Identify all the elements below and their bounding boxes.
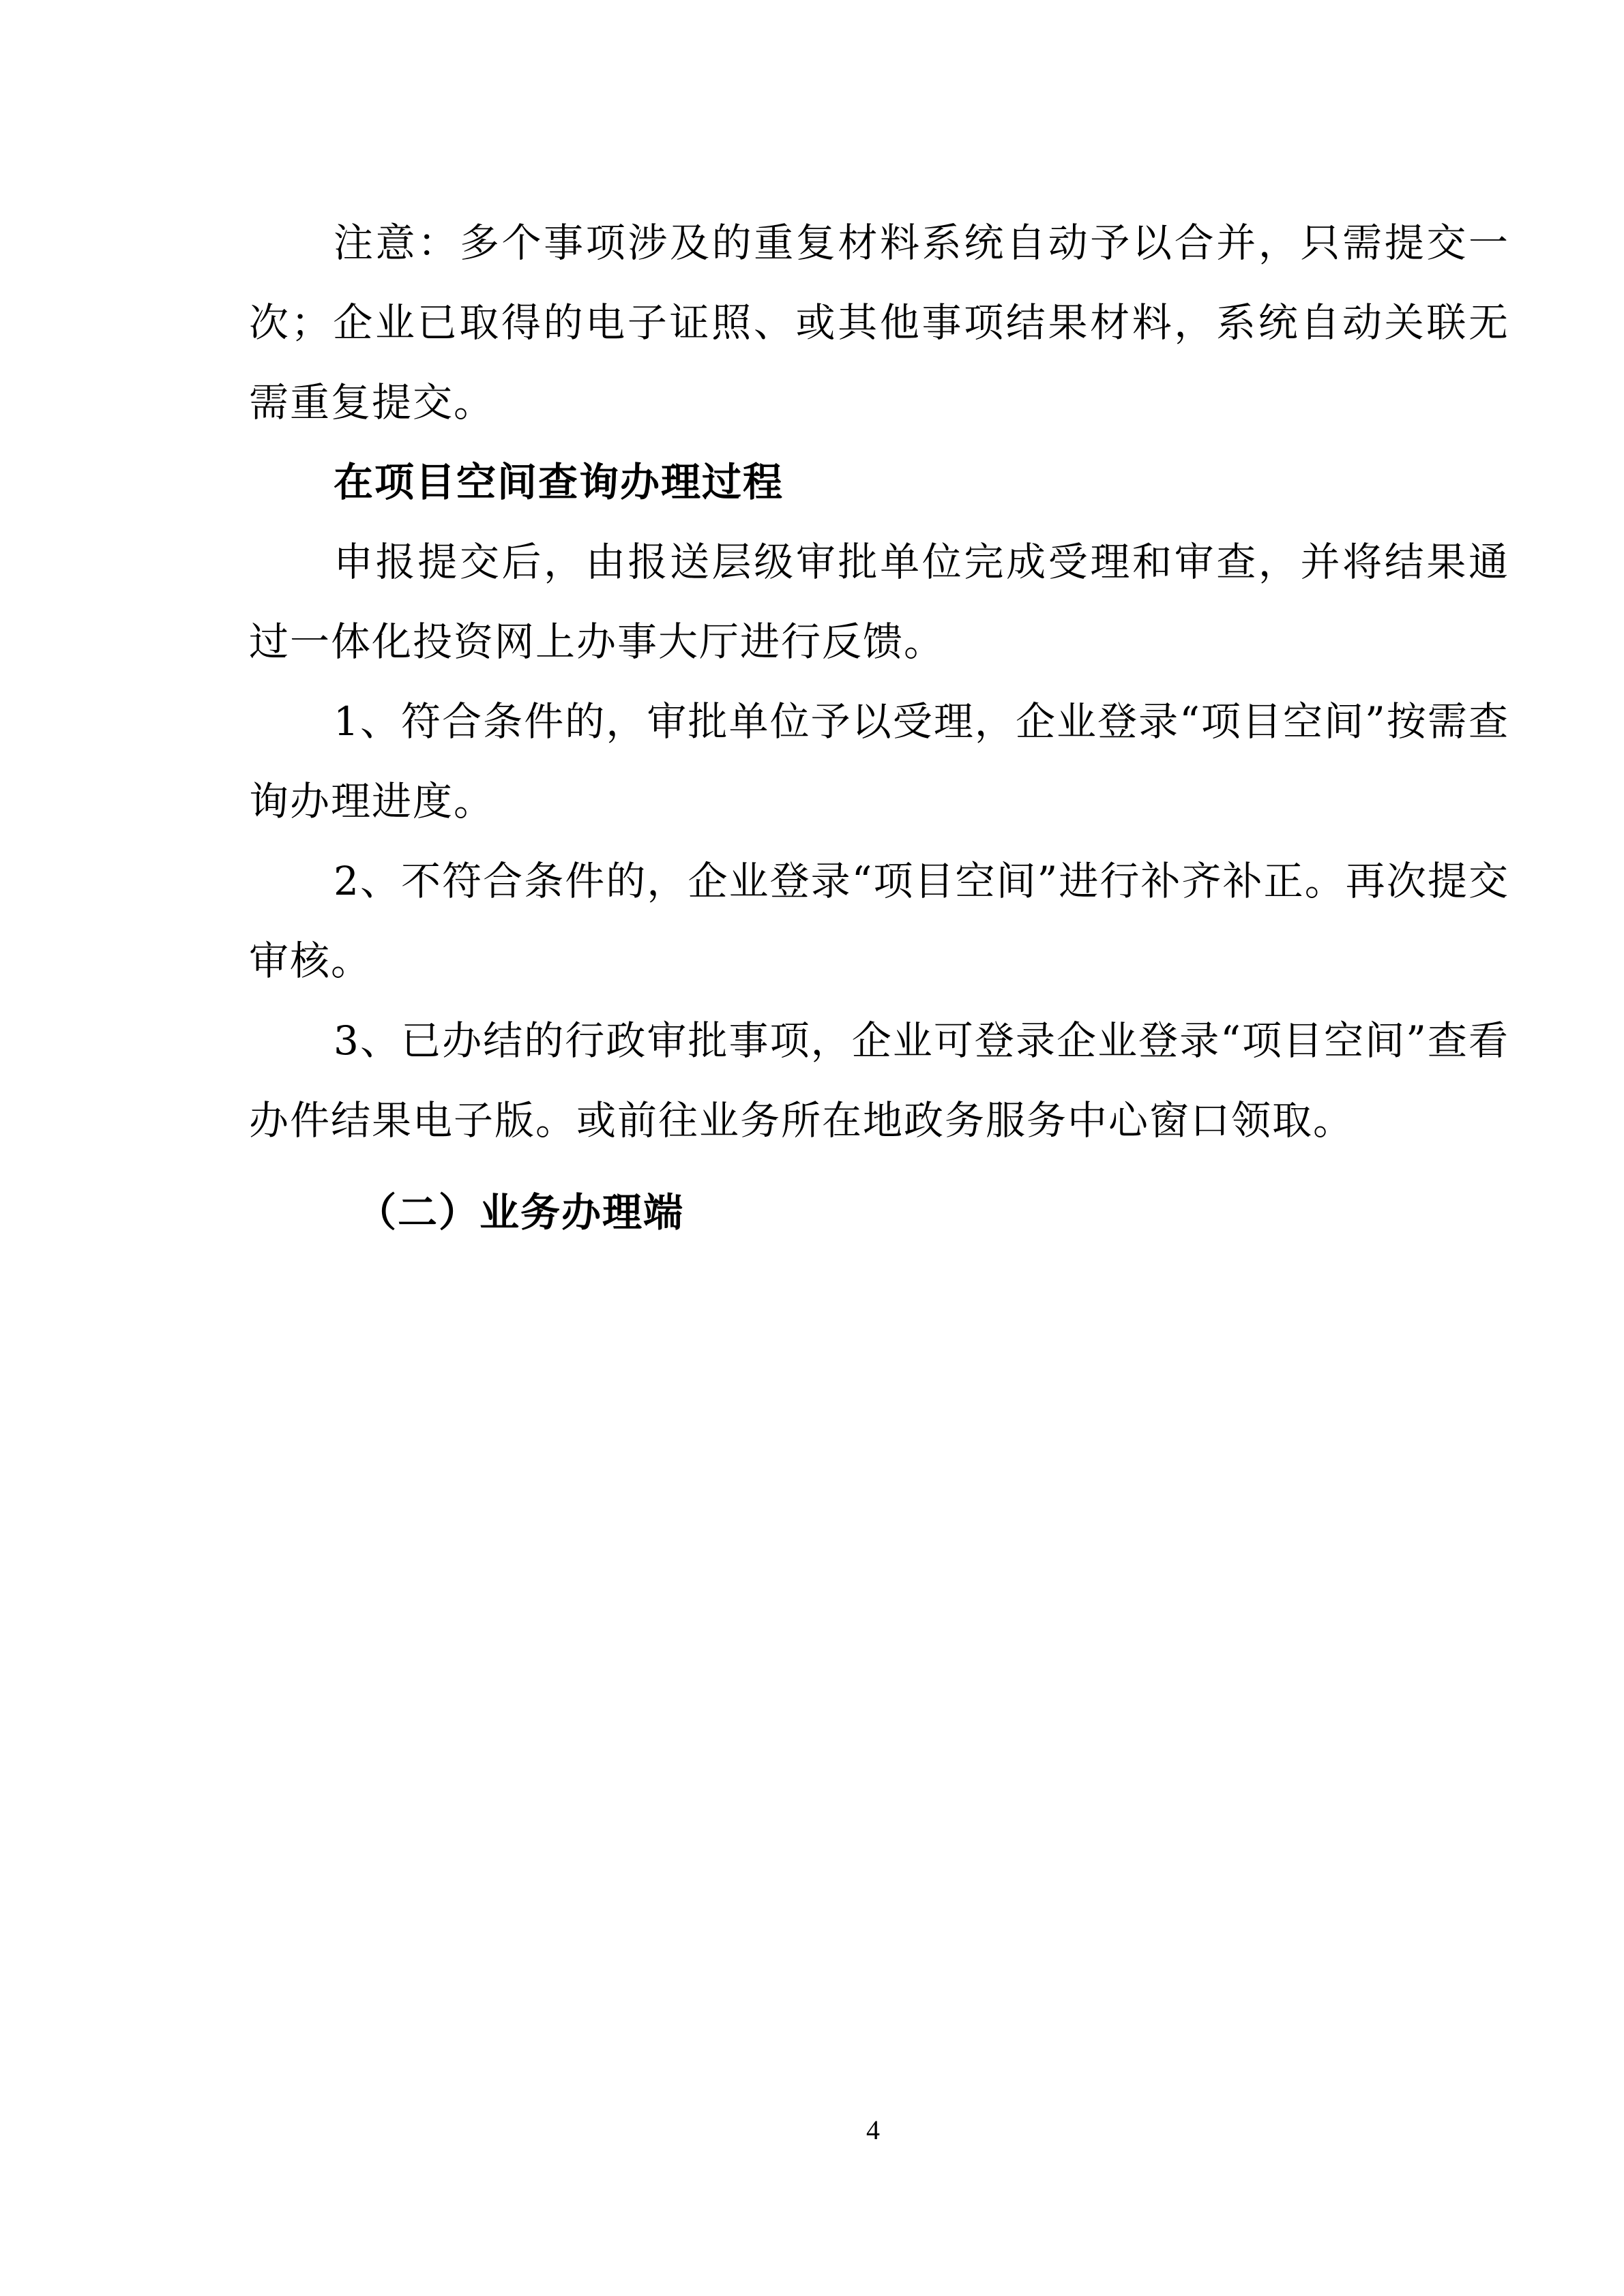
item-3-paragraph: 3、已办结的行政审批事项，企业可登录企业登录“项目空间”查看办件结果电子版。或前… xyxy=(249,1001,1509,1161)
page-content: 注意：多个事项涉及的重复材料系统自动予以合并，只需提交一次；企业已取得的电子证照… xyxy=(249,203,1509,1253)
document-page: 注意：多个事项涉及的重复材料系统自动予以合并，只需提交一次；企业已取得的电子证照… xyxy=(0,0,1624,2296)
note-paragraph: 注意：多个事项涉及的重复材料系统自动予以合并，只需提交一次；企业已取得的电子证照… xyxy=(249,203,1509,443)
item-1-paragraph: 1、符合条件的，审批单位予以受理，企业登录“项目空间”按需查询办理进度。 xyxy=(249,682,1509,841)
section-heading-business-handling: （二）业务办理端 xyxy=(249,1173,1509,1253)
item-2-paragraph: 2、不符合条件的，企业登录“项目空间”进行补齐补正。再次提交审核。 xyxy=(249,841,1509,1001)
subheading-project-space-query: 在项目空间查询办理过程 xyxy=(249,443,1509,522)
feedback-paragraph: 申报提交后，由报送层级审批单位完成受理和审查，并将结果通过一体化投资网上办事大厅… xyxy=(249,522,1509,682)
page-number: 4 xyxy=(0,2114,1624,2146)
